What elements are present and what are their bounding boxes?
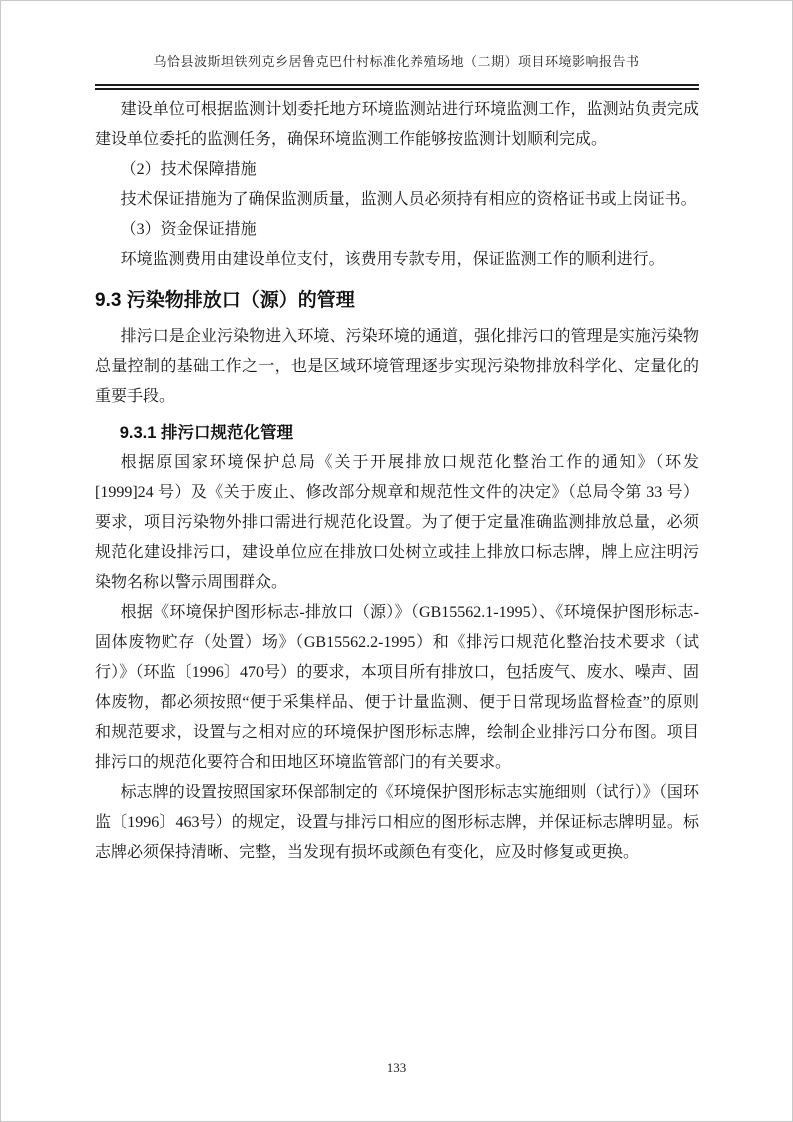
paragraph-funding-safeguard: 环境监测费用由建设单位支付，该费用专款专用，保证监测工作的顺利进行。 <box>95 245 699 275</box>
document-page: 乌恰县波斯坦铁列克乡居鲁克巴什村标准化养殖场地（二期）项目环境影响报告书 建设单… <box>0 0 793 1122</box>
page-header-title: 乌恰县波斯坦铁列克乡居鲁克巴什村标准化养殖场地（二期）项目环境影响报告书 <box>1 52 792 72</box>
paragraph-graphic-signs-standards: 根据《环境保护图形标志-排放口（源）》（GB15562.1-1995）、《环境保… <box>95 598 699 778</box>
sub-label-technical-safeguard: （2）技术保障措施 <box>95 155 699 185</box>
paragraph-monitoring-delegation: 建设单位可根据监测计划委托地方环境监测站进行环境监测工作，监测站负责完成建设单位… <box>95 95 699 155</box>
header-double-rule <box>95 84 699 90</box>
page-number: 133 <box>1 1059 792 1077</box>
section-heading-9-3: 9.3 污染物排放口（源）的管理 <box>95 285 699 317</box>
paragraph-outlet-standardization: 根据原国家环境保护总局《关于开展排放口规范化整治工作的通知》（环发[1999]2… <box>95 448 699 598</box>
paragraph-technical-safeguard: 技术保证措施为了确保监测质量，监测人员必须持有相应的资格证书或上岗证书。 <box>95 185 699 215</box>
document-body: 建设单位可根据监测计划委托地方环境监测站进行环境监测工作，监测站负责完成建设单位… <box>95 95 699 868</box>
subsection-heading-9-3-1: 9.3.1 排污口规范化管理 <box>95 418 699 448</box>
paragraph-outlet-intro: 排污口是企业污染物进入环境、污染环境的通道，强化排污口的管理是实施污染物总量控制… <box>95 322 699 412</box>
paragraph-sign-maintenance: 标志牌的设置按照国家环保部制定的《环境保护图形标志实施细则（试行）》（国环监〔1… <box>95 778 699 868</box>
sub-label-funding-safeguard: （3）资金保证措施 <box>95 215 699 245</box>
